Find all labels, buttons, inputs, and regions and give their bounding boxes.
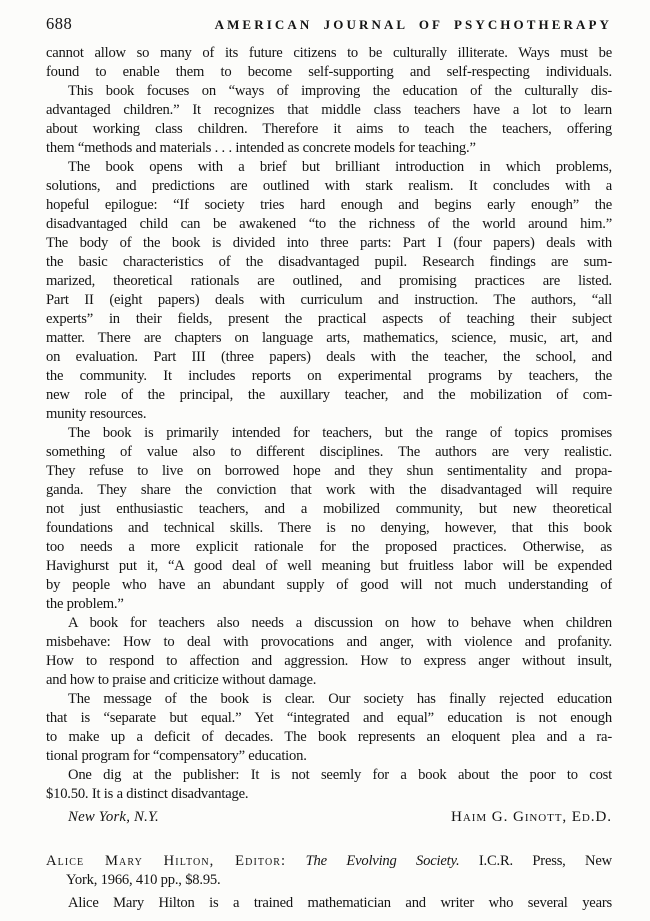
citation-segment-smallcaps: Alice Mary Hilton, Editor: <box>46 853 286 869</box>
citation-segment-italic: The Evolving Society. <box>306 853 460 869</box>
text-line: the problem.” <box>46 595 612 614</box>
text-line: tional program for “compensatory” educat… <box>46 747 612 766</box>
citation-segment-roman: I.C.R. Press, New <box>479 853 612 869</box>
paragraph: cannot allow so many of its future citiz… <box>46 44 612 82</box>
text-line: How to respond to affection and aggressi… <box>46 652 612 671</box>
text-line: The body of the book is divided into thr… <box>46 234 612 253</box>
text-line: A book for teachers also needs a discuss… <box>46 614 612 633</box>
text-line: to make up a deficit of decades. The boo… <box>46 728 612 747</box>
text-line: hopeful epilogue: “If society tries hard… <box>46 196 612 215</box>
page-number: 688 <box>46 14 72 34</box>
text-line: They refuse to live on borrowed hope and… <box>46 462 612 481</box>
text-line: too needs a more explicit rationale for … <box>46 538 612 557</box>
next-review-opening-line: Alice Mary Hilton is a trained mathemati… <box>46 894 612 913</box>
text-line: them “methods and materials . . . intend… <box>46 139 612 158</box>
text-line: the community. It includes reports on ex… <box>46 367 612 386</box>
text-line: munity resources. <box>46 405 612 424</box>
text-line: new role of the principal, the auxillary… <box>46 386 612 405</box>
reviewer-name: Haim G. Ginott, Ed.D. <box>451 807 612 826</box>
text-line: that is “separate but equal.” Yet “integ… <box>46 709 612 728</box>
journal-page: 688 AMERICAN JOURNAL OF PSYCHOTHERAPY ca… <box>0 0 650 921</box>
text-line: not just enthusiastic teachers, and a mo… <box>46 500 612 519</box>
citation-line-2: York, 1966, 410 pp., $8.95. <box>46 871 612 890</box>
paragraph: The message of the book is clear. Our so… <box>46 690 612 766</box>
text-line: Havighurst put it, “A good deal of well … <box>46 557 612 576</box>
text-line: by people who have an abundant supply of… <box>46 576 612 595</box>
text-line: Part II (eight papers) deals with curric… <box>46 291 612 310</box>
text-line: $10.50. It is a distinct disadvantage. <box>46 785 612 804</box>
text-line: found to enable them to become self-supp… <box>46 63 612 82</box>
paragraph: A book for teachers also needs a discuss… <box>46 614 612 690</box>
text-line: The message of the book is clear. Our so… <box>46 690 612 709</box>
text-line: advantaged children.” It recognizes that… <box>46 101 612 120</box>
text-line: foundations and technical skills. There … <box>46 519 612 538</box>
text-line: marized, theoretical rationals are outli… <box>46 272 612 291</box>
text-line: One dig at the publisher: It is not seem… <box>46 766 612 785</box>
paragraph: The book is primarily intended for teach… <box>46 424 612 614</box>
text-line: matter. There are chapters on language a… <box>46 329 612 348</box>
text-line: This book focuses on “ways of improving … <box>46 82 612 101</box>
text-line: about working class children. Therefore … <box>46 120 612 139</box>
text-line: something of value also to different dis… <box>46 443 612 462</box>
text-line: misbehave: How to deal with provocations… <box>46 633 612 652</box>
text-line: The book is primarily intended for teach… <box>46 424 612 443</box>
text-line: on evaluation. Part III (three papers) d… <box>46 348 612 367</box>
page-header: 688 AMERICAN JOURNAL OF PSYCHOTHERAPY <box>46 14 612 31</box>
reviewer-location: New York, N.Y. <box>68 808 159 827</box>
text-line: ganda. They share the conviction that wo… <box>46 481 612 500</box>
journal-title: AMERICAN JOURNAL OF PSYCHOTHERAPY <box>215 17 612 33</box>
review-ginott-body: cannot allow so many of its future citiz… <box>46 44 612 804</box>
text-line: the basic characteristics of the disadva… <box>46 253 612 272</box>
text-line: disadvantaged child can be awakened “to … <box>46 215 612 234</box>
paragraph: The book opens with a brief but brillian… <box>46 158 612 424</box>
text-line: experts” in their fields, present the pr… <box>46 310 612 329</box>
text-line: solutions, and predictions are outlined … <box>46 177 612 196</box>
paragraph: This book focuses on “ways of improving … <box>46 82 612 158</box>
citation-line-1: Alice Mary Hilton, Editor: The Evolving … <box>46 852 612 871</box>
review-signoff: New York, N.Y. Haim G. Ginott, Ed.D. <box>46 807 612 826</box>
paragraph: One dig at the publisher: It is not seem… <box>46 766 612 804</box>
next-review-citation: Alice Mary Hilton, Editor: The Evolving … <box>46 852 612 890</box>
text-line: and how to praise and criticize without … <box>46 671 612 690</box>
text-line: The book opens with a brief but brillian… <box>46 158 612 177</box>
text-line: cannot allow so many of its future citiz… <box>46 44 612 63</box>
